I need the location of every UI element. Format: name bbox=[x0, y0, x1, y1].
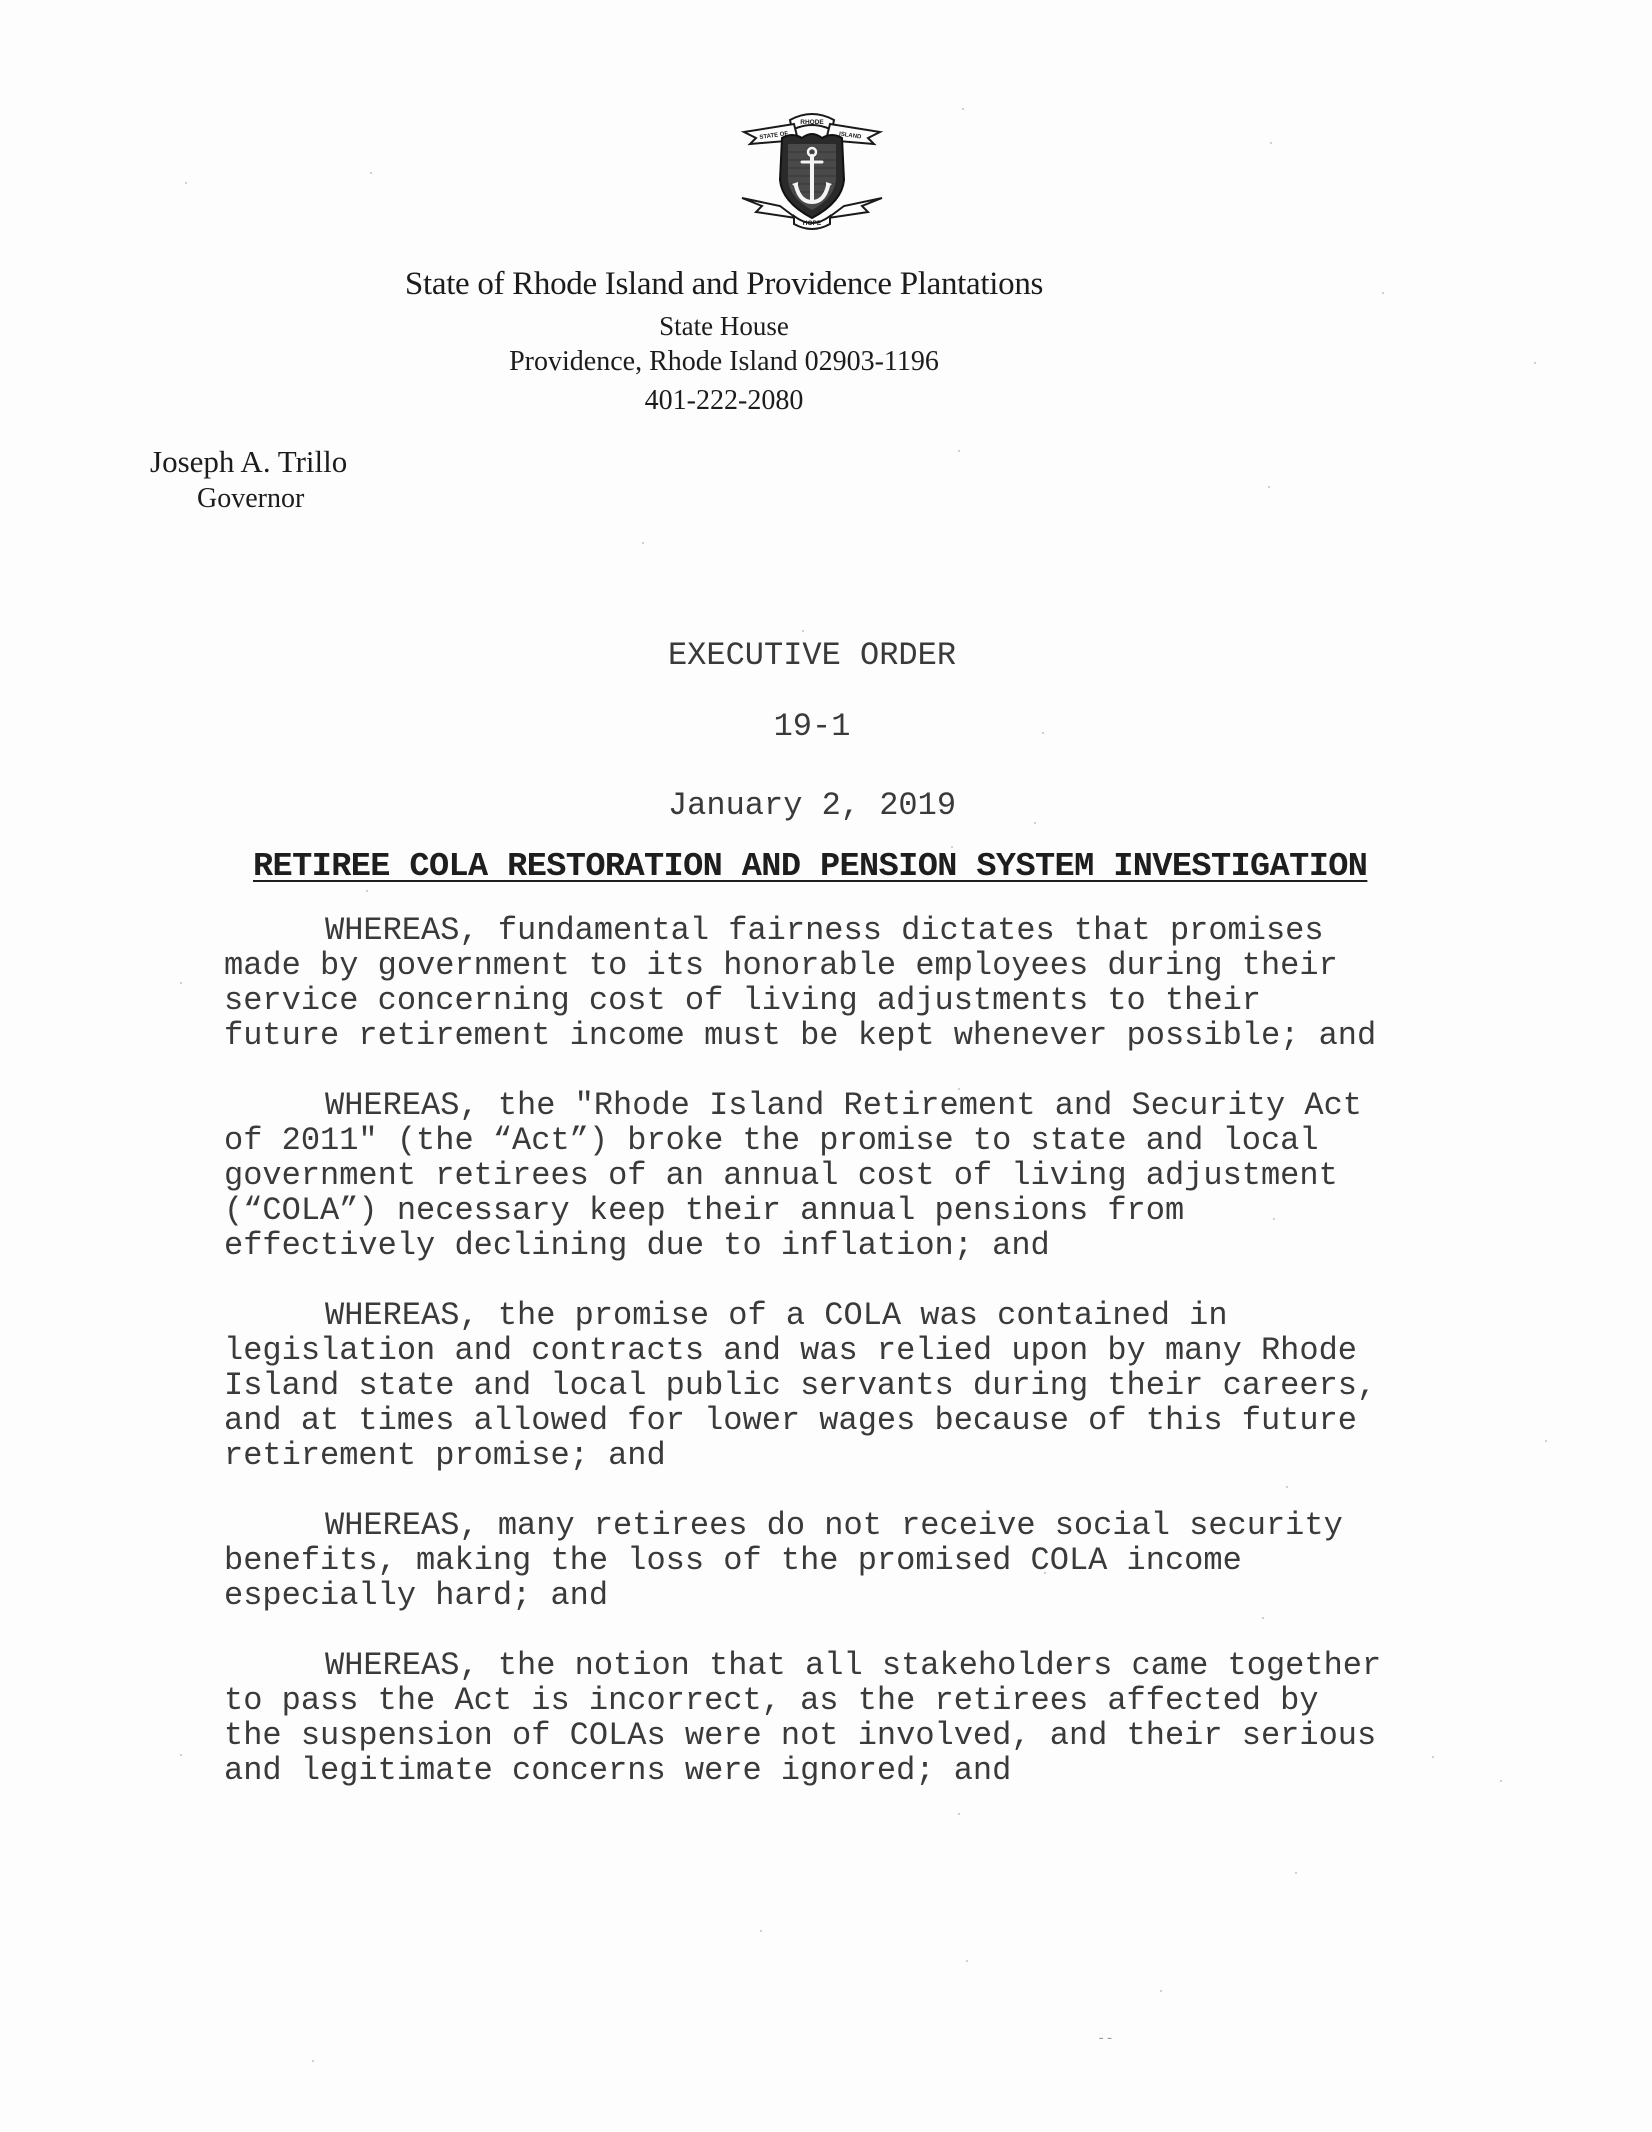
paragraph-line: and at times allowed for lower wages bec… bbox=[224, 1403, 1524, 1438]
letterhead-phone: 401-222-2080 bbox=[0, 385, 1448, 417]
governor-title: Governor bbox=[197, 483, 304, 515]
paragraph-line: government retirees of an annual cost of… bbox=[224, 1158, 1524, 1193]
scan-speck bbox=[760, 1930, 762, 1932]
scan-speck bbox=[958, 450, 960, 452]
whereas-paragraph: WHEREAS, the "Rhode Island Retirement an… bbox=[224, 1088, 1524, 1263]
scan-speck bbox=[180, 982, 182, 984]
letterhead-title: State of Rhode Island and Providence Pla… bbox=[0, 266, 1448, 303]
scan-speck bbox=[366, 890, 368, 892]
paragraph-line: benefits, making the loss of the promise… bbox=[224, 1543, 1524, 1578]
whereas-paragraph: WHEREAS, the promise of a COLA was conta… bbox=[224, 1298, 1524, 1473]
paragraph-line: the suspension of COLAs were not involve… bbox=[224, 1718, 1524, 1753]
scan-speck bbox=[1160, 1990, 1162, 1992]
paragraph-line: especially hard; and bbox=[224, 1578, 1524, 1613]
footer-mark: -- bbox=[1097, 2031, 1114, 2047]
executive-order-page: RHODE STATE OF ISLAND HOPE bbox=[0, 0, 1652, 2132]
whereas-paragraph: WHEREAS, fundamental fairness dictates t… bbox=[224, 913, 1524, 1053]
scan-speck bbox=[180, 1754, 182, 1756]
scan-speck bbox=[312, 2060, 314, 2062]
paragraph-line: WHEREAS, many retirees do not receive so… bbox=[224, 1508, 1524, 1543]
scan-speck bbox=[642, 542, 644, 544]
paragraph-line: WHEREAS, the notion that all stakeholder… bbox=[224, 1648, 1524, 1683]
paragraph-line: WHEREAS, the "Rhode Island Retirement an… bbox=[224, 1088, 1524, 1123]
scan-speck bbox=[1534, 362, 1536, 364]
scan-speck bbox=[966, 1960, 968, 1962]
paragraph-line: future retirement income must be kept wh… bbox=[224, 1018, 1524, 1053]
scan-speck bbox=[1268, 486, 1270, 488]
paragraph-line: retirement promise; and bbox=[224, 1438, 1524, 1473]
paragraph-line: and legitimate concerns were ignored; an… bbox=[224, 1753, 1524, 1788]
paragraph-line: service concerning cost of living adjust… bbox=[224, 983, 1524, 1018]
order-body: WHEREAS, fundamental fairness dictates t… bbox=[224, 913, 1524, 1823]
paragraph-line: made by government to its honorable empl… bbox=[224, 948, 1524, 983]
scan-speck bbox=[370, 172, 372, 174]
governor-name: Joseph A. Trillo bbox=[150, 444, 347, 480]
scan-speck bbox=[962, 108, 964, 110]
scan-speck bbox=[185, 182, 187, 184]
seal-ribbon-bottom: HOPE bbox=[803, 220, 822, 227]
whereas-paragraph: WHEREAS, the notion that all stakeholder… bbox=[224, 1648, 1524, 1788]
paragraph-line: WHEREAS, fundamental fairness dictates t… bbox=[224, 913, 1524, 948]
scan-speck bbox=[1270, 142, 1272, 144]
whereas-paragraph: WHEREAS, many retirees do not receive so… bbox=[224, 1508, 1524, 1613]
scan-speck bbox=[1545, 1440, 1547, 1442]
letterhead-address: Providence, Rhode Island 02903-1196 bbox=[0, 346, 1448, 378]
paragraph-line: effectively declining due to inflation; … bbox=[224, 1228, 1524, 1263]
order-subject: RETIREE COLA RESTORATION AND PENSION SYS… bbox=[253, 848, 1367, 886]
letterhead-building: State House bbox=[0, 311, 1448, 342]
scan-speck bbox=[802, 630, 804, 632]
paragraph-line: WHEREAS, the promise of a COLA was conta… bbox=[224, 1298, 1524, 1333]
scan-speck bbox=[1295, 1872, 1297, 1874]
state-seal-icon: RHODE STATE OF ISLAND HOPE bbox=[736, 102, 888, 234]
order-heading: EXECUTIVE ORDER bbox=[0, 637, 1624, 674]
paragraph-line: of 2011" (the “Act”) broke the promise t… bbox=[224, 1123, 1524, 1158]
order-number: 19-1 bbox=[0, 708, 1624, 745]
paragraph-line: to pass the Act is incorrect, as the ret… bbox=[224, 1683, 1524, 1718]
seal-ribbon-top: RHODE bbox=[800, 119, 824, 126]
order-date: January 2, 2019 bbox=[0, 787, 1624, 824]
paragraph-line: legislation and contracts and was relied… bbox=[224, 1333, 1524, 1368]
paragraph-line: (“COLA”) necessary keep their annual pen… bbox=[224, 1193, 1524, 1228]
paragraph-line: Island state and local public servants d… bbox=[224, 1368, 1524, 1403]
